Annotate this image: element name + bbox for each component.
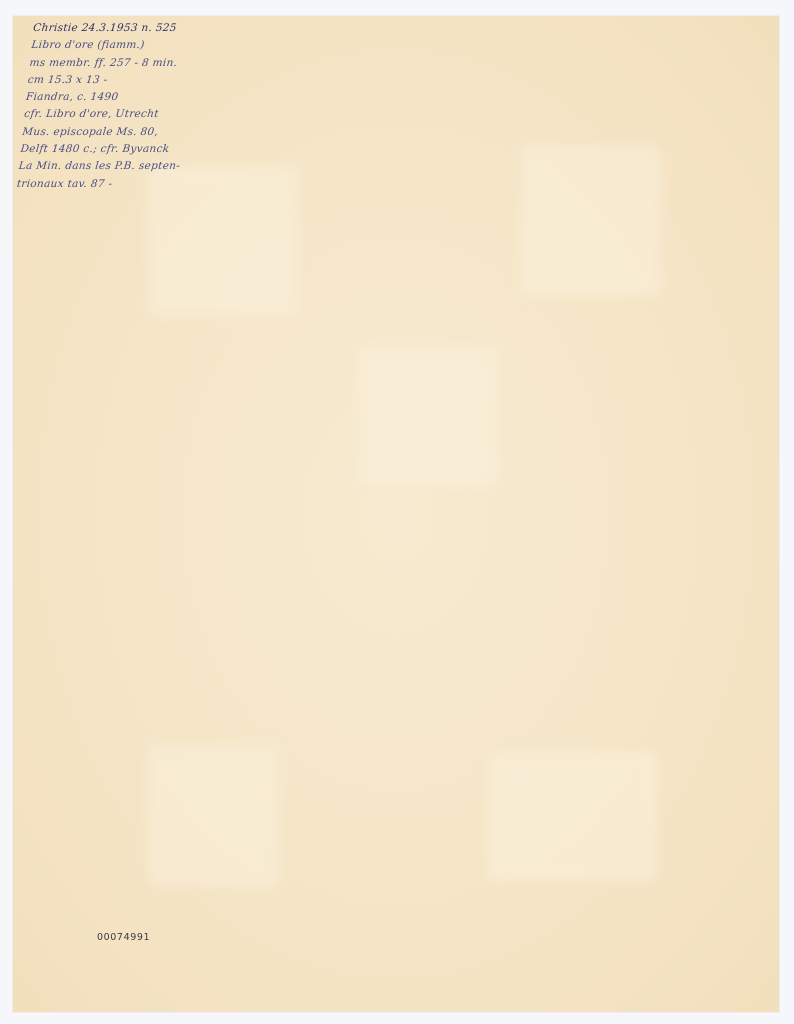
annotation-line: trionaux tav. 87 -: [16, 176, 179, 193]
annotation-line: Christie 24.3.1953 n. 525: [32, 20, 195, 37]
annotation-line: Fiandra, c. 1490: [25, 89, 188, 106]
ghost-photo-mark: [488, 751, 658, 881]
annotation-line: Libro d'ore (fiamm.): [30, 37, 193, 54]
annotation-line: cfr. Libro d'ore, Utrecht: [23, 106, 186, 123]
handwritten-annotation: Christie 24.3.1953 n. 525 Libro d'ore (f…: [16, 20, 196, 193]
ghost-photo-mark: [148, 746, 278, 886]
annotation-line: La Min. dans les P.B. septen-: [18, 158, 181, 175]
inventory-number: 00074991: [97, 932, 150, 943]
ghost-photo-mark: [358, 346, 498, 486]
ghost-photo-mark: [521, 146, 661, 296]
annotation-line: cm 15.3 x 13 -: [27, 72, 190, 89]
annotation-line: Mus. episcopale Ms. 80,: [21, 124, 184, 141]
annotation-line: Delft 1480 c.; cfr. Byvanck: [20, 141, 183, 158]
paper-sheet: Christie 24.3.1953 n. 525 Libro d'ore (f…: [13, 16, 779, 1012]
annotation-line: ms membr. ff. 257 - 8 min.: [29, 55, 192, 72]
